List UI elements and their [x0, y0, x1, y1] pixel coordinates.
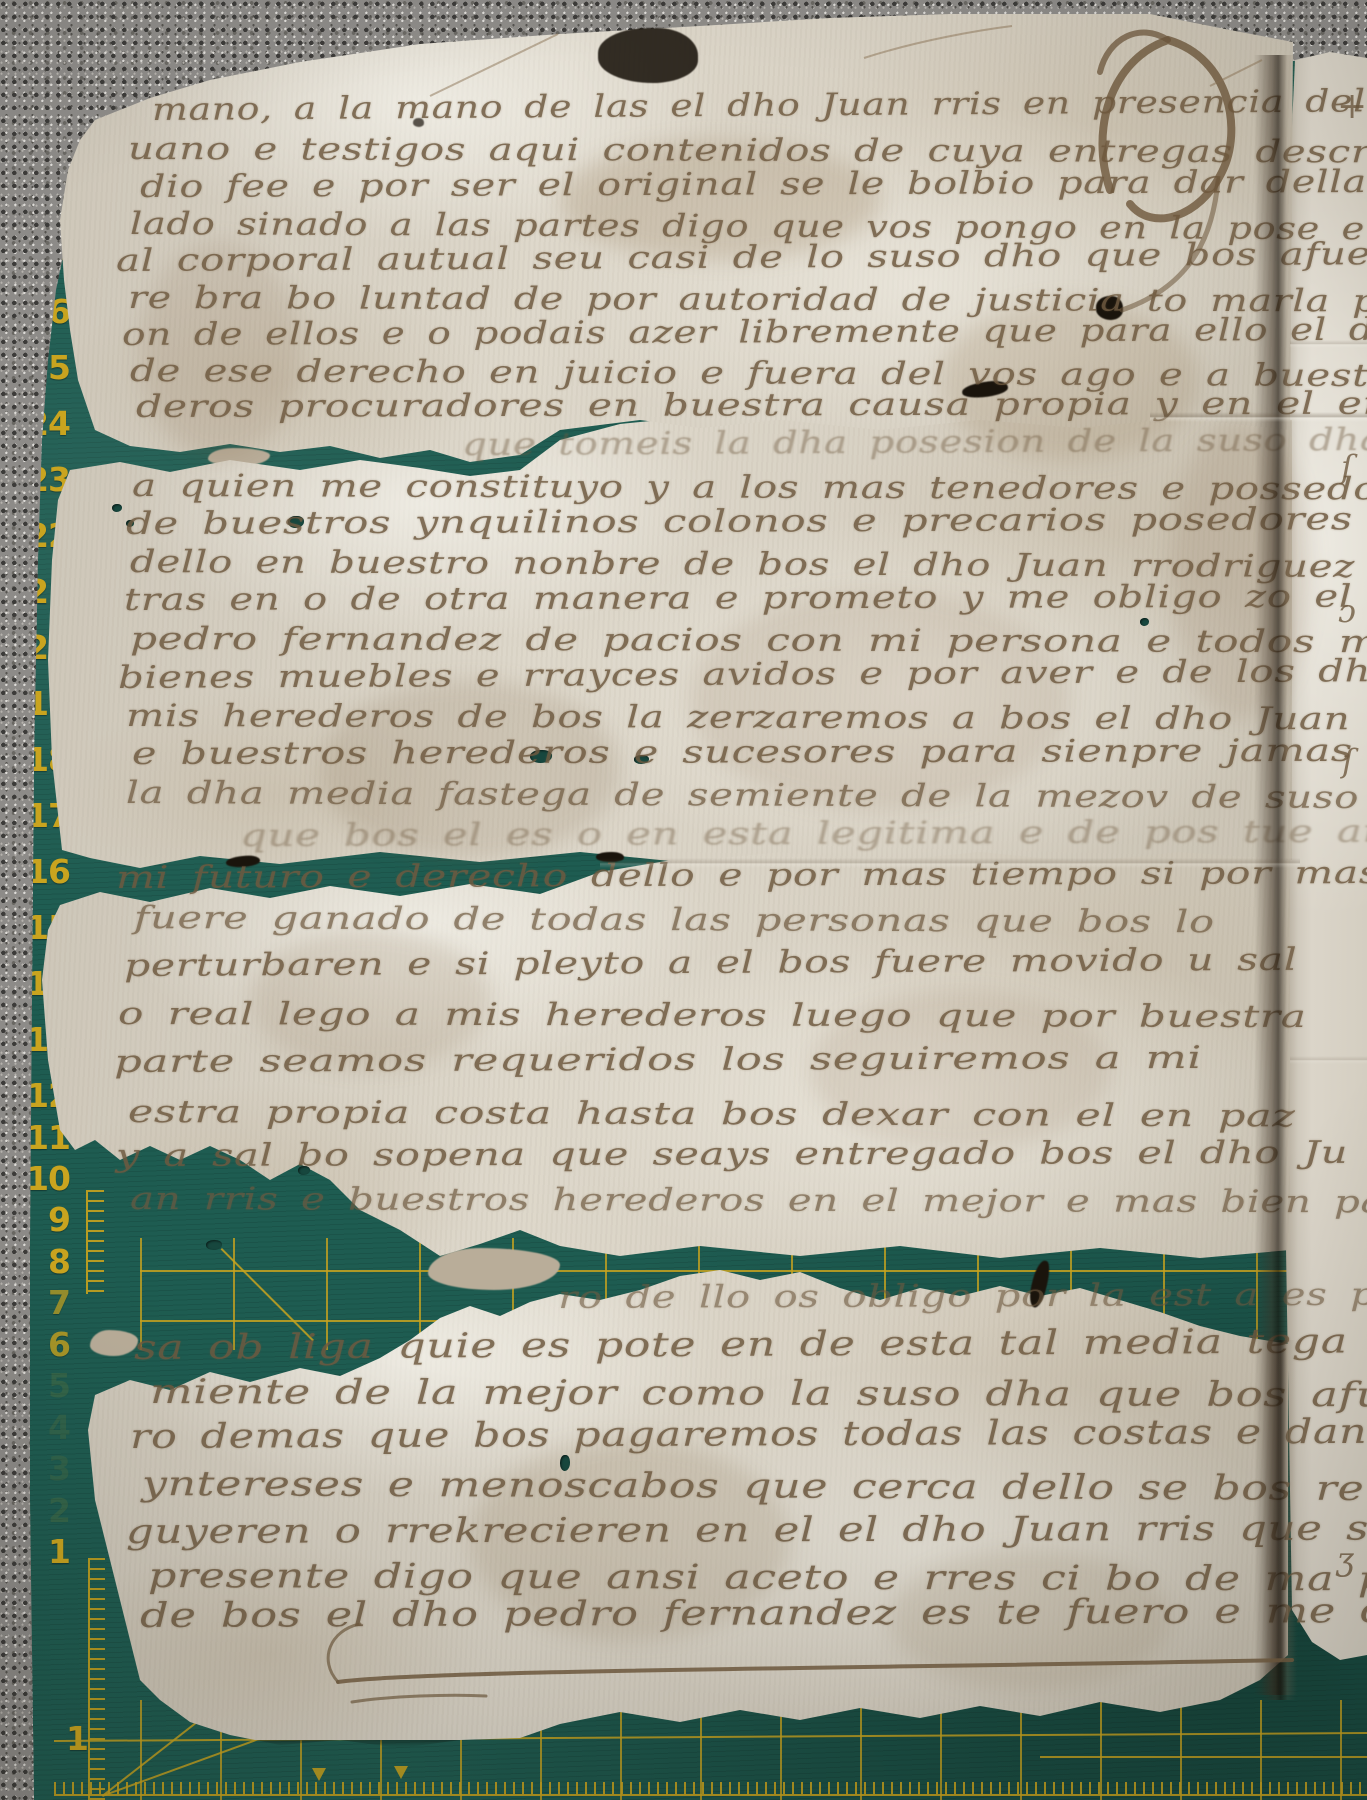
manuscript-line: que bos el es o en esta legitima e de po…	[240, 813, 1367, 854]
manuscript-line: la dha media fastega de semiente de la m…	[126, 775, 1367, 816]
manuscript-line: o real lego a mis herederos luego que po…	[118, 996, 1307, 1035]
fold-crevice-dark	[1262, 1340, 1296, 1700]
manuscript-line: al corporal autual seu casi de lo suso d…	[116, 235, 1367, 279]
ink-blot	[598, 28, 698, 83]
ruler-number: 7	[26, 1286, 70, 1320]
manuscript-line: de bos el dho pedro fernandez es te fuer…	[140, 1591, 1367, 1636]
ruler-number: 2	[26, 1494, 70, 1528]
manuscript-line: e buestros herederos e sucesores para si…	[132, 733, 1353, 772]
right-page-ink-mark: ſ	[1341, 448, 1353, 486]
grid-arrow-marker	[312, 1768, 326, 1781]
horizontal-crease	[1150, 412, 1367, 422]
vertical-tick-ruler-lower	[88, 1558, 105, 1800]
manuscript-line: guyeren o rrekrecieren en el el dho Juan…	[126, 1508, 1367, 1552]
manuscript-line: dio fee e por ser el original se le bolb…	[140, 163, 1367, 205]
ruler-number: 6	[26, 1328, 70, 1362]
right-page-ink-mark: ʒ	[1336, 1540, 1354, 1578]
grid-hline	[140, 1270, 1360, 1272]
manuscript-line: mis herederos de bos la zerzaremos a bos…	[126, 698, 1367, 738]
manuscript-line: sa ob liga quie es pote en de esta tal m…	[134, 1321, 1367, 1368]
ruler-number: 8	[26, 1245, 70, 1279]
manuscript-line: tras en o de otra manera e prometo y me …	[124, 578, 1367, 618]
manuscript-line: y a sal bo sopena que seays entregado bo…	[116, 1135, 1348, 1174]
manuscript-line: ro de llo os obligo por la est a es pre	[558, 1277, 1367, 1316]
manuscript-line: yntereses e menoscabos que cerca dello s…	[142, 1464, 1365, 1509]
manuscript-line: bienes muebles e rrayces avidos e por av…	[118, 653, 1367, 696]
ruler-number: 10	[26, 1162, 70, 1196]
photo-of-manuscript-on-cutting-mat: 2726252423222120191817161514131211109876…	[0, 0, 1367, 1800]
manuscript-line: que tomeis la dha posesion de la suso dh…	[462, 421, 1367, 463]
manuscript-line: parte seamos requeridos los seguiremos a…	[114, 1040, 1202, 1080]
right-page-ink-mark: ſ	[1342, 742, 1354, 780]
manuscript-line: ro demas que bos pagaremos todas las cos…	[130, 1412, 1367, 1457]
ruler-number: 3	[26, 1452, 70, 1486]
manuscript-line: fuere ganado de todas las personas que b…	[134, 900, 1215, 940]
grid-arrow-marker	[394, 1766, 408, 1779]
right-page-ink-mark: +	[1337, 86, 1367, 127]
manuscript-line: miente de la mejor como la suso dha que …	[150, 1372, 1367, 1415]
horizontal-crease	[1290, 340, 1367, 348]
manuscript-line: on de ellos e o podais azer libremente q…	[122, 311, 1367, 353]
manuscript-line: perturbaren e si pleyto a el bos fuere m…	[124, 942, 1298, 984]
ruler-number: 9	[26, 1203, 70, 1237]
horizontal-crease	[600, 858, 1300, 868]
horizontal-crease	[1290, 1056, 1367, 1064]
vertical-tick-ruler-upper	[86, 1190, 104, 1294]
manuscript-line: an rris e buestros herederos en el mejor…	[130, 1181, 1367, 1220]
ruler-number: 4	[26, 1411, 70, 1445]
ruler-number: 1	[26, 1535, 70, 1569]
ruler-number: 5	[26, 1369, 70, 1403]
right-page-ink-mark: ɔ	[1338, 592, 1356, 630]
manuscript-line: estra propia costa hasta bos dexar con e…	[128, 1094, 1296, 1134]
manuscript-line: de buestros ynquilinos colonos e precari…	[126, 501, 1353, 542]
